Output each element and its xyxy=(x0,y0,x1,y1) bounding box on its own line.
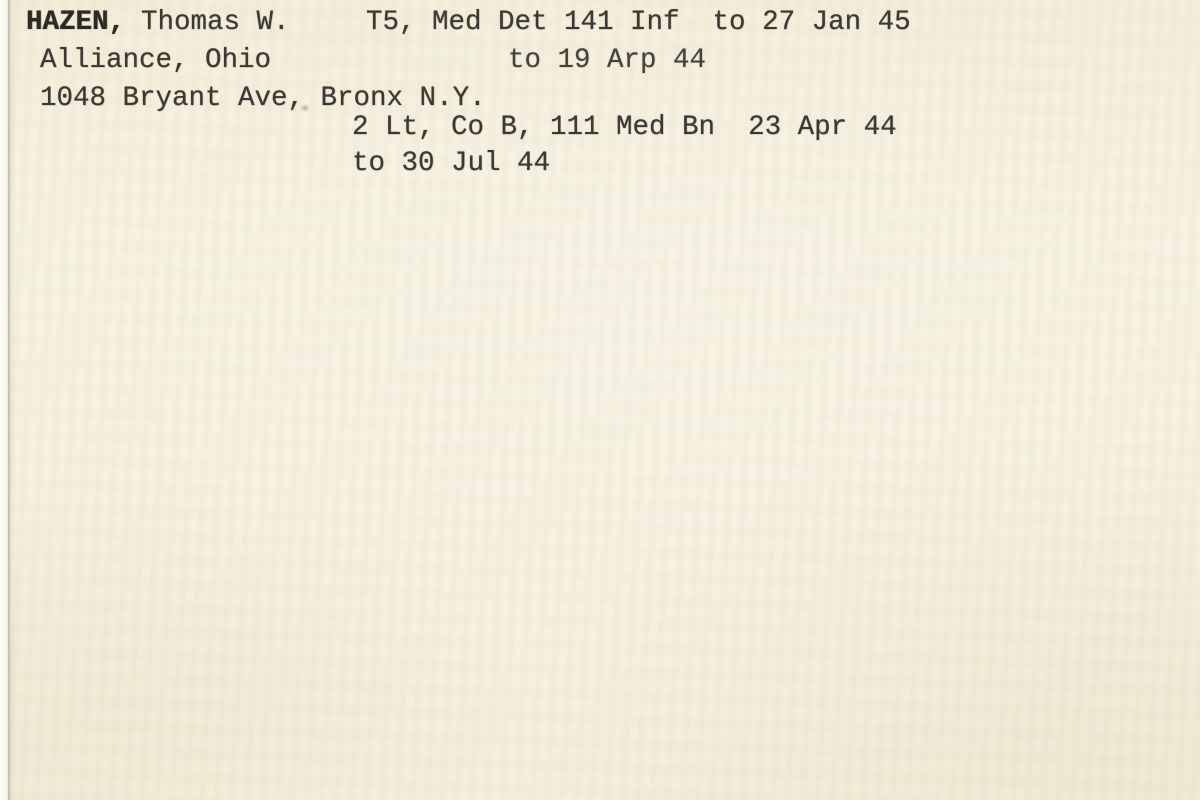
service-entry-2-text: to 19 Arp 44 xyxy=(508,47,706,75)
surname-text: HAZEN, xyxy=(26,9,125,37)
service-entry-1-text: T5, Med Det 141 Inf to 27 Jan 45 xyxy=(366,9,911,37)
ink-smudge xyxy=(300,104,310,112)
city-state-text: Alliance, Ohio xyxy=(40,47,271,75)
given-name-text: Thomas W. xyxy=(141,9,290,37)
index-card: HAZEN, Thomas W. T5, Med Det 141 Inf to … xyxy=(0,0,1200,800)
scanner-edge-strip xyxy=(0,0,10,800)
service-entry-4-text: to 30 Jul 44 xyxy=(352,150,550,178)
street-address-text: 1048 Bryant Ave, Bronx N.Y. xyxy=(40,85,486,113)
scanner-edge-shadow xyxy=(10,0,16,800)
service-entry-3-text: 2 Lt, Co B, 111 Med Bn 23 Apr 44 xyxy=(352,114,897,142)
